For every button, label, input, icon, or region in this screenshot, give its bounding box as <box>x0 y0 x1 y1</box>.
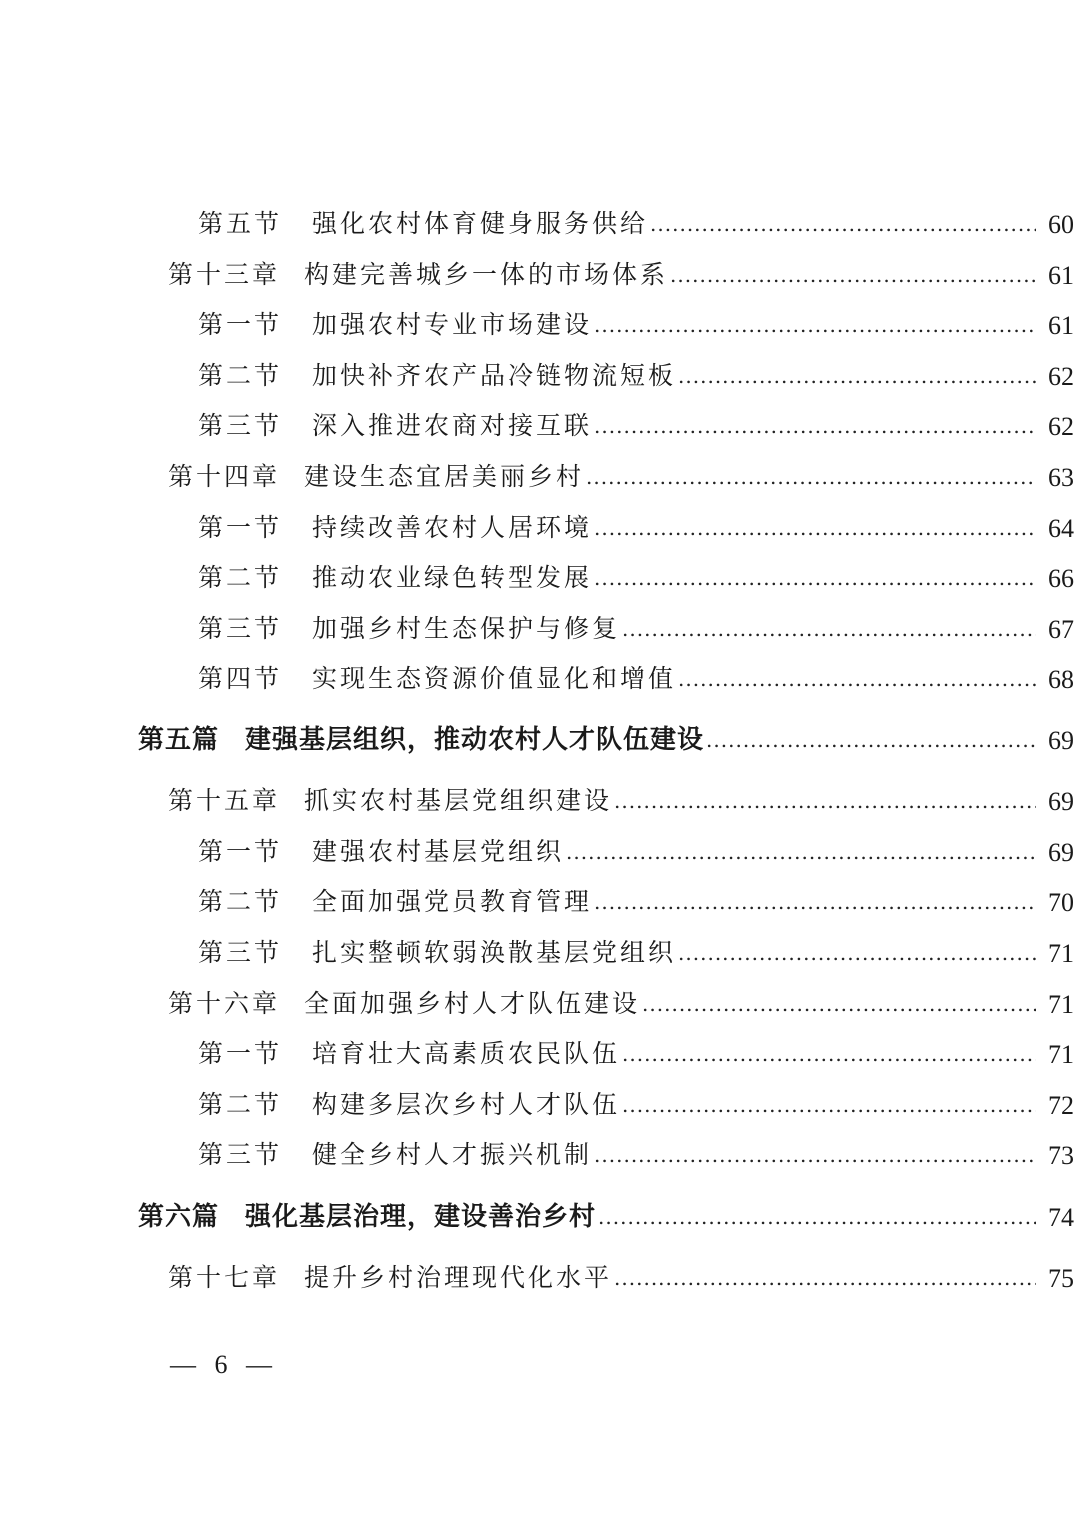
dot-leader: ........................................… <box>622 619 1036 639</box>
toc-entry[interactable]: 第十七章 提升乡村治理现代化水平 .......................… <box>0 1254 1074 1294</box>
entry-number: 第二节 <box>198 882 282 918</box>
toc-entry[interactable]: 第一节 培育壮大高素质农民队伍 ........................… <box>0 1030 1074 1070</box>
entry-page: 60 <box>1038 210 1074 240</box>
dot-leader: ........................................… <box>594 315 1036 335</box>
entry-number: 第六篇 <box>138 1196 219 1233</box>
toc-entry[interactable]: 第二节 全面加强党员教育管理 .........................… <box>0 878 1074 918</box>
entry-number: 第三节 <box>198 609 282 645</box>
entry-page: 69 <box>1038 787 1074 817</box>
toc-entry[interactable]: 第二节 构建多层次乡村人才队伍 ........................… <box>0 1081 1074 1121</box>
dot-leader: ........................................… <box>678 669 1036 689</box>
entry-page: 63 <box>1038 463 1074 493</box>
entry-title: 全面加强党员教育管理 <box>312 882 592 918</box>
entry-number: 第三节 <box>198 406 282 442</box>
entry-title: 强化基层治理，建设善治乡村 <box>245 1196 596 1233</box>
entry-number: 第十四章 <box>168 457 280 493</box>
dot-leader: ........................................… <box>586 467 1036 487</box>
toc-entry[interactable]: 第十三章 构建完善城乡一体的市场体系 .....................… <box>0 251 1074 291</box>
entry-page: 61 <box>1038 311 1074 341</box>
dot-leader: ........................................… <box>642 994 1036 1014</box>
entry-page: 69 <box>1038 838 1074 868</box>
dot-leader: ........................................… <box>566 842 1036 862</box>
entry-title: 构建完善城乡一体的市场体系 <box>304 255 668 291</box>
dot-leader: ........................................… <box>678 366 1036 386</box>
toc-entry[interactable]: 第五篇 建强基层组织，推动农村人才队伍建设 ..................… <box>0 716 1074 756</box>
entry-page: 71 <box>1038 939 1074 969</box>
toc-entry[interactable]: 第一节 加强农村专业市场建设 .........................… <box>0 301 1074 341</box>
entry-title: 扎实整顿软弱涣散基层党组织 <box>312 933 676 969</box>
entry-title: 建设生态宜居美丽乡村 <box>304 457 584 493</box>
toc-entry[interactable]: 第一节 建强农村基层党组织 ..........................… <box>0 828 1074 868</box>
entry-title: 推动农业绿色转型发展 <box>312 558 592 594</box>
entry-title: 全面加强乡村人才队伍建设 <box>304 984 640 1020</box>
toc-entry[interactable]: 第二节 推动农业绿色转型发展 .........................… <box>0 554 1074 594</box>
entry-number: 第十七章 <box>168 1258 280 1294</box>
toc-entry[interactable]: 第二节 加快补齐农产品冷链物流短板 ......................… <box>0 352 1074 392</box>
dot-leader: ........................................… <box>598 1207 1036 1227</box>
toc-entry[interactable]: 第四节 实现生态资源价值显化和增值 ......................… <box>0 655 1074 695</box>
dot-leader: ........................................… <box>594 892 1036 912</box>
dot-leader: ........................................… <box>706 730 1036 750</box>
entry-number: 第五篇 <box>138 719 219 756</box>
toc-entry[interactable]: 第十六章 全面加强乡村人才队伍建设 ......................… <box>0 980 1074 1020</box>
dot-leader: ........................................… <box>614 791 1036 811</box>
entry-page: 71 <box>1038 1040 1074 1070</box>
entry-title: 健全乡村人才振兴机制 <box>312 1135 592 1171</box>
toc-entry[interactable]: 第三节 加强乡村生态保护与修复 ........................… <box>0 605 1074 645</box>
entry-number: 第五节 <box>198 204 282 240</box>
entry-number: 第一节 <box>198 305 282 341</box>
toc-entry[interactable]: 第五节 强化农村体育健身服务供给 .......................… <box>0 200 1074 240</box>
entry-number: 第二节 <box>198 356 282 392</box>
dot-leader: ........................................… <box>614 1268 1036 1288</box>
entry-number: 第十三章 <box>168 255 280 291</box>
dot-leader: ........................................… <box>622 1044 1036 1064</box>
entry-title: 实现生态资源价值显化和增值 <box>312 659 676 695</box>
entry-page: 69 <box>1038 726 1074 756</box>
toc-entry[interactable]: 第一节 持续改善农村人居环境 .........................… <box>0 504 1074 544</box>
entry-page: 71 <box>1038 990 1074 1020</box>
toc-entry[interactable]: 第三节 扎实整顿软弱涣散基层党组织 ......................… <box>0 929 1074 969</box>
entry-page: 61 <box>1038 261 1074 291</box>
entry-number: 第二节 <box>198 558 282 594</box>
entry-page: 66 <box>1038 564 1074 594</box>
dot-leader: ........................................… <box>594 416 1036 436</box>
entry-title: 建强农村基层党组织 <box>312 832 564 868</box>
toc-entry[interactable]: 第六篇 强化基层治理，建设善治乡村 ......................… <box>0 1193 1074 1233</box>
entry-page: 74 <box>1038 1203 1074 1233</box>
dot-leader: ........................................… <box>594 568 1036 588</box>
entry-page: 62 <box>1038 412 1074 442</box>
toc-entry[interactable]: 第三节 深入推进农商对接互联 .........................… <box>0 402 1074 442</box>
entry-number: 第十五章 <box>168 781 280 817</box>
entry-title: 构建多层次乡村人才队伍 <box>312 1085 620 1121</box>
entry-title: 培育壮大高素质农民队伍 <box>312 1034 620 1070</box>
entry-page: 72 <box>1038 1091 1074 1121</box>
entry-title: 加强乡村生态保护与修复 <box>312 609 620 645</box>
entry-title: 加强农村专业市场建设 <box>312 305 592 341</box>
toc-entry[interactable]: 第十五章 抓实农村基层党组织建设 .......................… <box>0 777 1074 817</box>
entry-number: 第一节 <box>198 508 282 544</box>
page-number-footer: — 6 — <box>170 1350 278 1380</box>
entry-page: 68 <box>1038 665 1074 695</box>
entry-number: 第十六章 <box>168 984 280 1020</box>
entry-page: 73 <box>1038 1141 1074 1171</box>
dot-leader: ........................................… <box>650 214 1036 234</box>
entry-title: 提升乡村治理现代化水平 <box>304 1258 612 1294</box>
entry-title: 加快补齐农产品冷链物流短板 <box>312 356 676 392</box>
entry-number: 第三节 <box>198 1135 282 1171</box>
entry-number: 第三节 <box>198 933 282 969</box>
entry-title: 强化农村体育健身服务供给 <box>312 204 648 240</box>
entry-title: 建强基层组织，推动农村人才队伍建设 <box>245 719 704 756</box>
entry-page: 75 <box>1038 1264 1074 1294</box>
toc-entry[interactable]: 第十四章 建设生态宜居美丽乡村 ........................… <box>0 453 1074 493</box>
entry-number: 第四节 <box>198 659 282 695</box>
entry-title: 抓实农村基层党组织建设 <box>304 781 612 817</box>
dot-leader: ........................................… <box>594 1145 1036 1165</box>
entry-title: 持续改善农村人居环境 <box>312 508 592 544</box>
entry-page: 67 <box>1038 615 1074 645</box>
entry-number: 第一节 <box>198 1034 282 1070</box>
entry-page: 62 <box>1038 362 1074 392</box>
entry-number: 第二节 <box>198 1085 282 1121</box>
dot-leader: ........................................… <box>678 943 1036 963</box>
toc-entry[interactable]: 第三节 健全乡村人才振兴机制 .........................… <box>0 1131 1074 1171</box>
dot-leader: ........................................… <box>594 518 1036 538</box>
entry-page: 64 <box>1038 514 1074 544</box>
entry-title: 深入推进农商对接互联 <box>312 406 592 442</box>
entry-page: 70 <box>1038 888 1074 918</box>
entry-number: 第一节 <box>198 832 282 868</box>
dot-leader: ........................................… <box>622 1095 1036 1115</box>
dot-leader: ........................................… <box>670 265 1036 285</box>
